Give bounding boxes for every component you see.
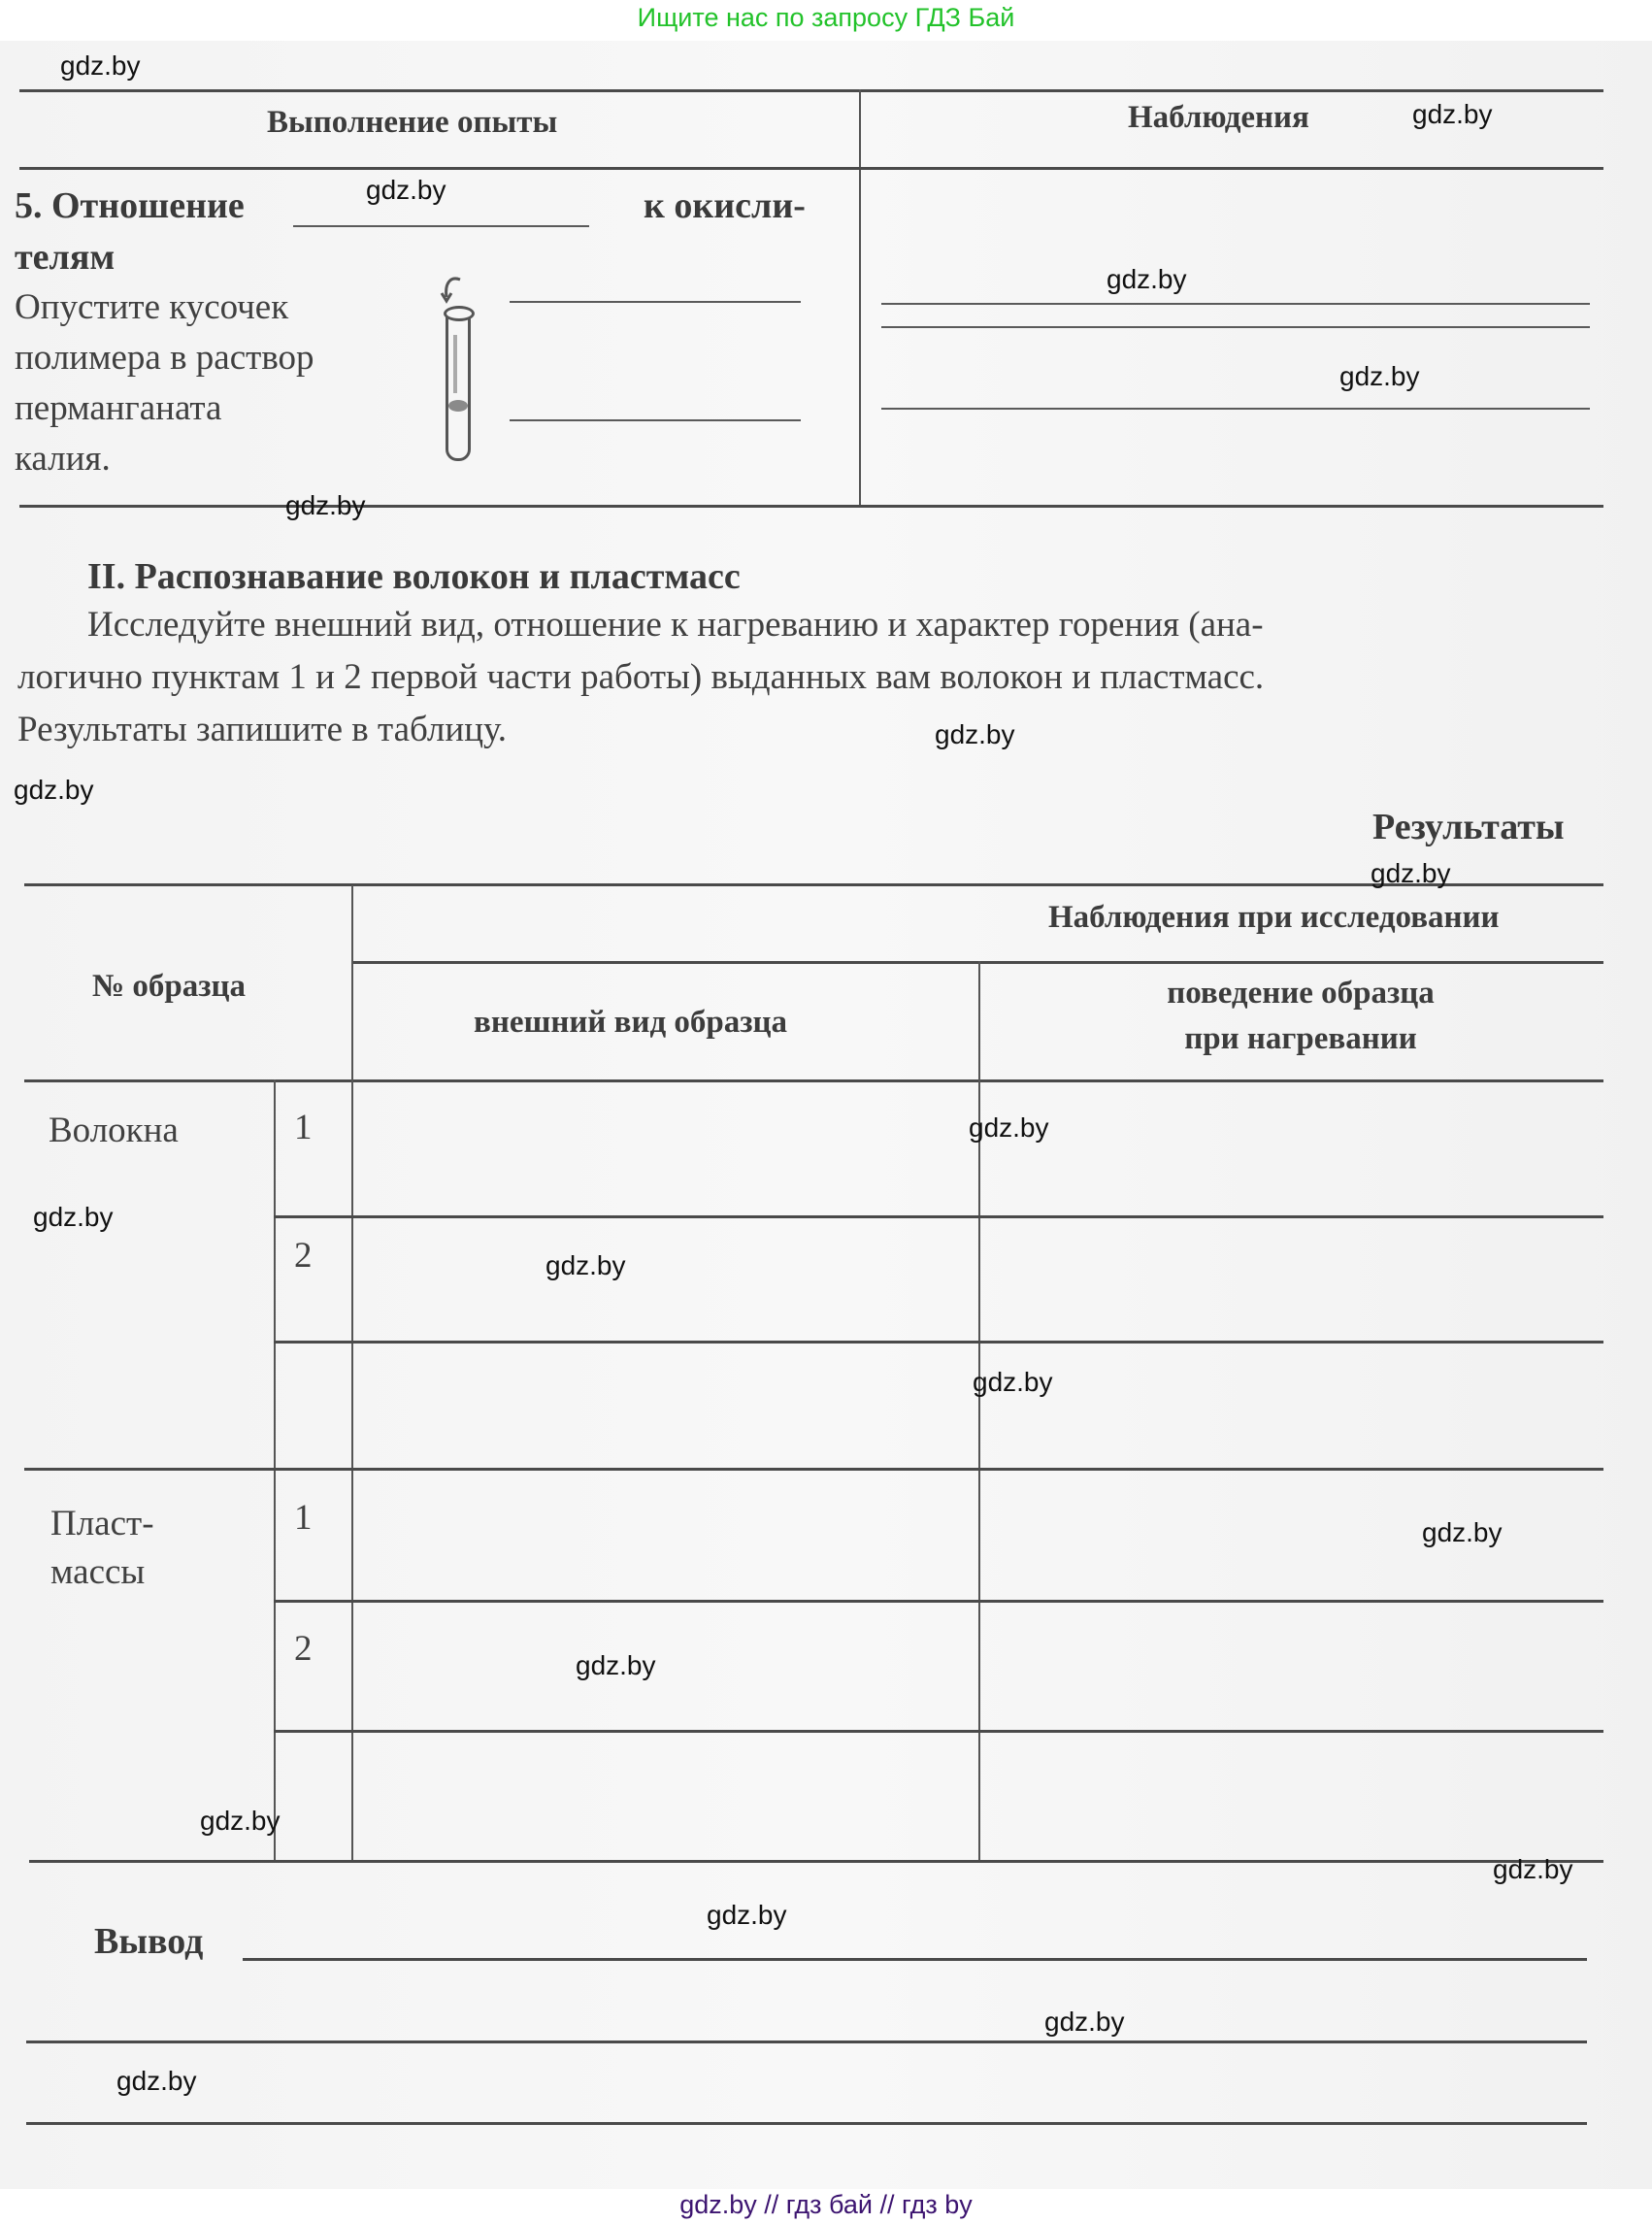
results-header-appearance: внешний вид образца [474,1005,787,1041]
item5-instruction-line: полимера в раствор [15,337,314,379]
test-tube-rim [444,306,475,321]
watermark: gdz.by [707,1900,787,1931]
results-row-border [274,1600,1603,1603]
section2-paragraph-line: логично пунктам 1 и 2 первой части работ… [17,656,1264,698]
section2-paragraph-line: Исследуйте внешний вид, отношение к нагр… [87,604,1264,646]
watermark: gdz.by [1339,361,1420,392]
conclusion-line[interactable] [26,2041,1587,2043]
watermark: gdz.by [1044,2007,1125,2038]
sample-number: 2 [294,1628,313,1670]
results-table-top-border [24,883,1603,886]
group-label-fibers: Волокна [49,1110,179,1151]
results-group-border [24,1468,1603,1471]
watermark: gdz.by [285,490,366,521]
sample-number: 1 [294,1107,313,1148]
watermark: gdz.by [935,719,1015,750]
item5-instruction-line: перманганата [15,387,221,429]
polymer-sample-icon [448,400,468,412]
results-row-border [274,1341,1603,1344]
watermark: gdz.by [116,2066,197,2097]
table1-header-observations: Наблюдения [1128,100,1309,136]
results-header-sample-no: № образца [92,969,246,1005]
table1-header-border [19,167,1603,170]
results-table-bottom-border [29,1860,1603,1863]
sample-number: 2 [294,1235,313,1277]
test-tube-highlight [453,335,457,393]
watermark: gdz.by [545,1250,626,1281]
conclusion-line[interactable] [26,2122,1587,2125]
item5-title-end: к окисли- [644,184,806,227]
conclusion-line[interactable] [243,1958,1587,1961]
footer-links: gdz.by // гдз бай // гдз by [0,2189,1652,2223]
section2-paragraph-line: Результаты запишите в таблицу. [17,709,507,750]
watermark: gdz.by [33,1202,114,1233]
watermark: gdz.by [60,50,141,82]
item5-instruction-line: калия. [15,438,111,480]
group-label-plastics: Пласт- [50,1503,154,1544]
watermark: gdz.by [200,1806,281,1837]
table1-bottom-border [19,505,1603,508]
watermark: gdz.by [1371,858,1451,889]
results-header-bottom-border [24,1079,1603,1082]
sample-number: 1 [294,1497,313,1539]
observation-line[interactable] [510,301,801,303]
group-label-plastics: массы [50,1551,145,1593]
results-subheader-border [351,961,1603,964]
table1-column-divider [859,89,861,507]
watermark: gdz.by [973,1367,1053,1398]
watermark: gdz.by [1422,1517,1503,1548]
conclusion-label: Вывод [94,1920,203,1963]
results-col-divider-heating [978,961,980,1861]
results-header-heating: при нагревании [980,1021,1621,1057]
watermark: gdz.by [1107,264,1187,295]
item5-instruction-line: Опустите кусочек [15,286,288,328]
table1-header-experiments: Выполнение опыты [267,105,557,141]
results-header-heating: поведение образца [980,976,1621,1012]
results-title: Результаты [1372,806,1565,848]
item5-title-cont: телям [15,236,115,279]
observation-line[interactable] [510,419,801,421]
results-col-divider-appearance [351,885,353,1861]
results-group-header: Наблюдения при исследовании [1048,900,1500,936]
observation-line[interactable] [881,326,1590,328]
observation-line[interactable] [881,408,1590,410]
item5-title-start: 5. Отношение [15,184,245,227]
results-row-border [274,1730,1603,1733]
observation-line[interactable] [881,303,1590,305]
item5-title-blank[interactable] [293,225,589,227]
watermark: gdz.by [1493,1854,1573,1885]
watermark: gdz.by [366,175,446,206]
search-banner: Ищите нас по запросу ГДЗ Бай [0,0,1652,41]
watermark: gdz.by [576,1650,656,1681]
watermark: gdz.by [14,775,94,806]
section2-heading: II. Распознавание волокон и пластмасс [87,555,741,598]
watermark: gdz.by [969,1112,1049,1144]
test-tube-icon [446,313,471,461]
watermark: gdz.by [1412,99,1493,130]
table1-top-border [19,89,1603,92]
results-row-border [274,1215,1603,1218]
